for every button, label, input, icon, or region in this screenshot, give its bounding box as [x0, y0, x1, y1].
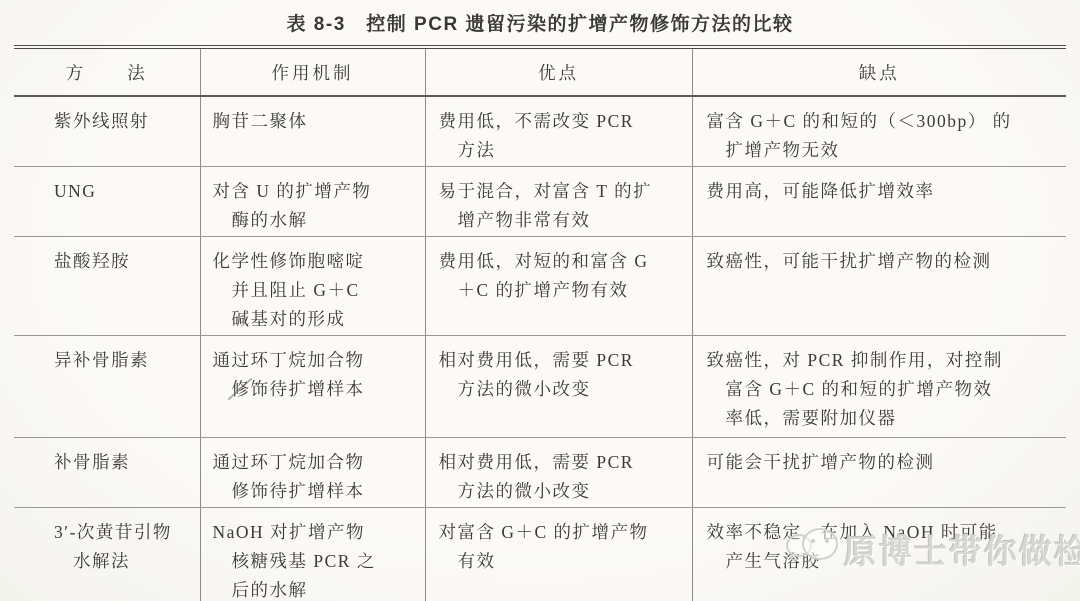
cell-mechanism: 化学性修饰胞嘧啶 并且阻止 G＋C 碱基对的形成: [200, 237, 425, 336]
cell-disadvantage: 富含 G＋C 的和短的（＜300bp） 的 扩增产物无效: [692, 96, 1066, 167]
cell-method: 紫外线照射: [14, 96, 200, 167]
table-row: UNG 对含 U 的扩增产物 酶的水解 易于混合，对富含 T 的扩 增产物非常有…: [14, 167, 1066, 237]
cell-advantage: 相对费用低，需要 PCR 方法的微小改变: [425, 438, 692, 508]
header-advantage: 优点: [425, 47, 692, 96]
cell-advantage: 易于混合，对富含 T 的扩 增产物非常有效: [425, 167, 692, 237]
table-row: 盐酸羟胺 化学性修饰胞嘧啶 并且阻止 G＋C 碱基对的形成 费用低，对短的和富含…: [14, 237, 1066, 336]
cell-disadvantage: 效率不稳定，在加入 NaOH 时可能 产生气溶胶: [692, 508, 1066, 601]
comparison-table: 方 法 作用机制 优点 缺点 紫外线照射 胸苷二聚体 费用低，不需改变 PCR …: [14, 45, 1066, 601]
table-row: 补骨脂素 通过环丁烷加合物 修饰待扩增样本 相对费用低，需要 PCR 方法的微小…: [14, 438, 1066, 508]
table-caption: 表 8-3 控制 PCR 遗留污染的扩增产物修饰方法的比较: [0, 0, 1080, 36]
cell-disadvantage: 致癌性，对 PCR 抑制作用，对控制 富含 G＋C 的和短的扩增产物效 率低，需…: [692, 336, 1066, 438]
cell-mechanism: 对含 U 的扩增产物 酶的水解: [200, 167, 425, 237]
header-disadvantage: 缺点: [692, 47, 1066, 96]
cell-advantage: 费用低，不需改变 PCR 方法: [425, 96, 692, 167]
cell-advantage: 相对费用低，需要 PCR 方法的微小改变: [425, 336, 692, 438]
cell-advantage: 费用低，对短的和富含 G ＋C 的扩增产物有效: [425, 237, 692, 336]
cell-disadvantage: 可能会干扰扩增产物的检测: [692, 438, 1066, 508]
cell-method: UNG: [14, 167, 200, 237]
header-mechanism: 作用机制: [200, 47, 425, 96]
cell-method: 异补骨脂素: [14, 336, 200, 438]
header-row: 方 法 作用机制 优点 缺点: [14, 47, 1066, 96]
cell-disadvantage: 致癌性，可能干扰扩增产物的检测: [692, 237, 1066, 336]
cell-mechanism: NaOH 对扩增产物 核糖残基 PCR 之 后的水解: [200, 508, 425, 601]
table-row: 紫外线照射 胸苷二聚体 费用低，不需改变 PCR 方法 富含 G＋C 的和短的（…: [14, 96, 1066, 167]
cell-disadvantage: 费用高，可能降低扩增效率: [692, 167, 1066, 237]
cell-mechanism: 通过环丁烷加合物 修饰待扩增样本: [200, 336, 425, 438]
cell-advantage: 对富含 G＋C 的扩增产物 有效: [425, 508, 692, 601]
table-row: 3′-次黄苷引物 水解法 NaOH 对扩增产物 核糖残基 PCR 之 后的水解 …: [14, 508, 1066, 601]
cell-method: 补骨脂素: [14, 438, 200, 508]
cell-mechanism: 通过环丁烷加合物 修饰待扩增样本: [200, 438, 425, 508]
header-method: 方 法: [14, 47, 200, 96]
scanned-page: 表 8-3 控制 PCR 遗留污染的扩增产物修饰方法的比较 方 法 作用机制 优…: [0, 0, 1080, 601]
table-row: 异补骨脂素 通过环丁烷加合物 修饰待扩增样本 相对费用低，需要 PCR 方法的微…: [14, 336, 1066, 438]
cell-mechanism: 胸苷二聚体: [200, 96, 425, 167]
cell-method: 盐酸羟胺: [14, 237, 200, 336]
cell-method: 3′-次黄苷引物 水解法: [14, 508, 200, 601]
